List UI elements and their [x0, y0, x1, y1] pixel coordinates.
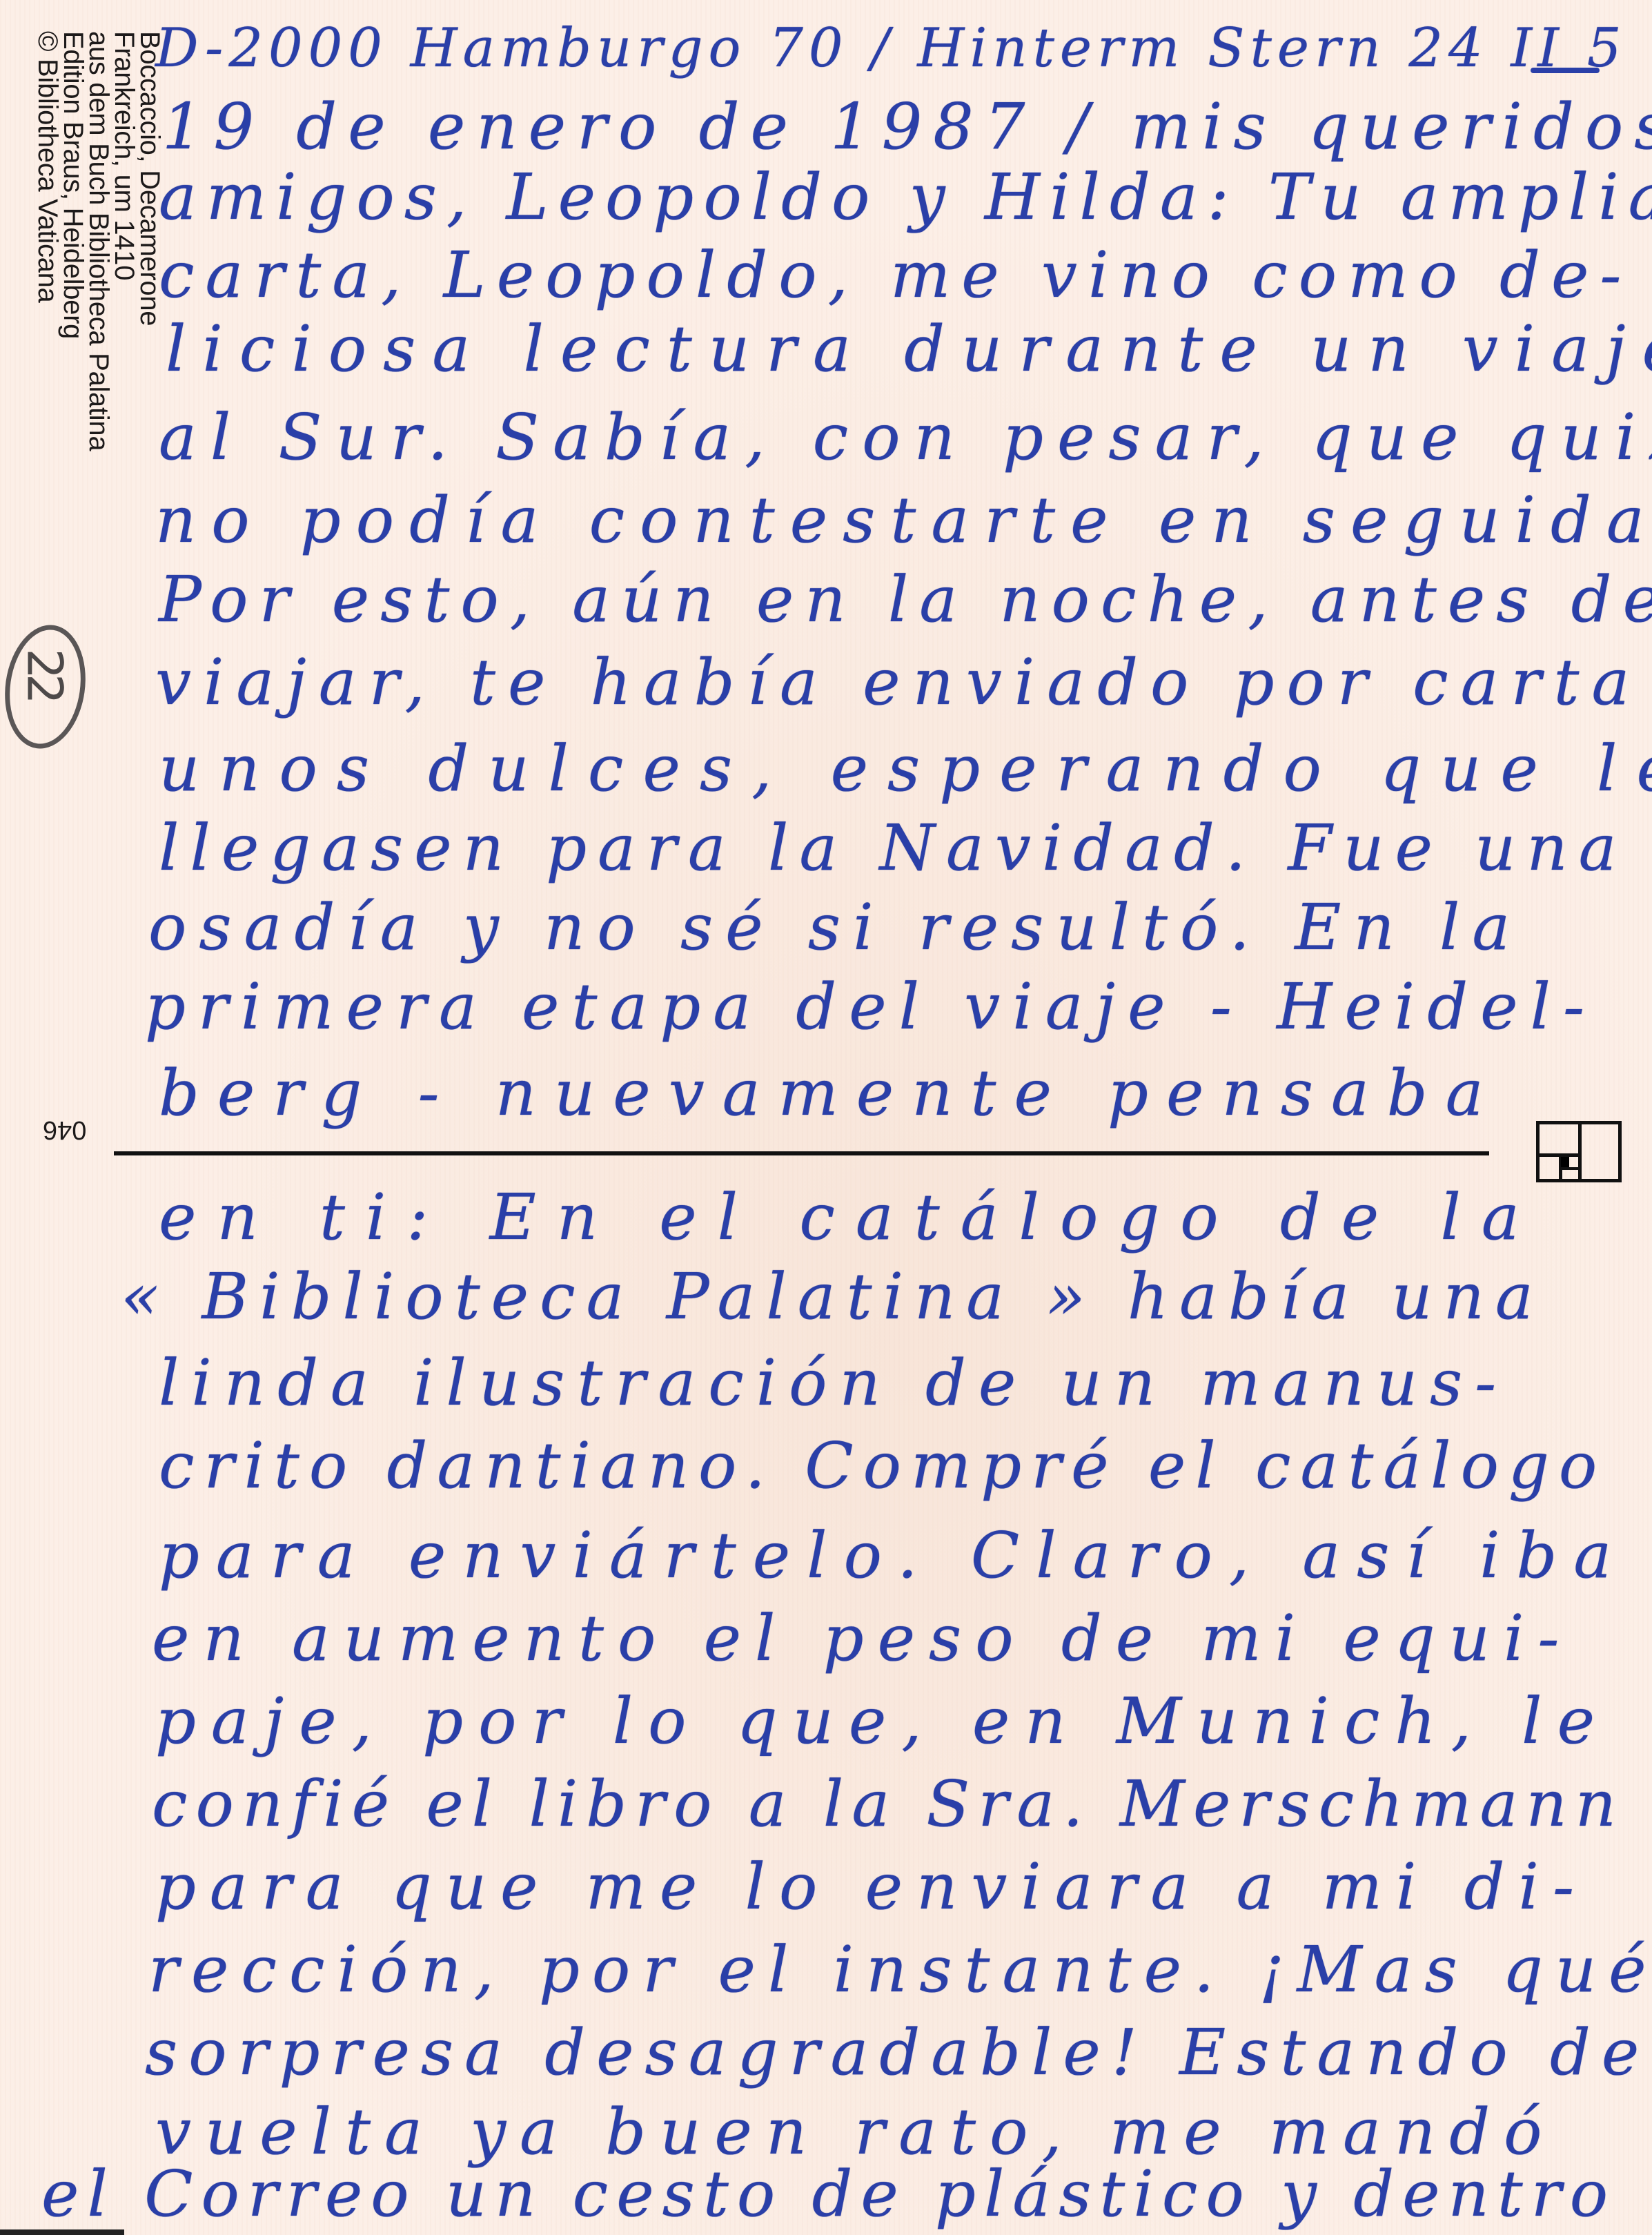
letter-line: liciosa lectura durante un viaje	[166, 312, 1652, 386]
caption-line-origin: Frankreich, um 1410	[111, 31, 137, 928]
letter-line: crito dantiano. Compré el catálogo	[159, 1429, 1606, 1503]
letter-line: para que me lo enviara a mi di-	[155, 1850, 1588, 1924]
pencil-number: 22	[17, 648, 73, 699]
date-underline	[1531, 68, 1600, 73]
letter-line: D-2000 Hamburgo 70 / Hinterm Stern 24 II…	[155, 17, 1626, 79]
letter-line: sorpresa desagradable! Estando de	[145, 2016, 1650, 2089]
letter-line: viajar, te había enviado por carta	[155, 645, 1642, 719]
card-code-number: 046	[43, 1115, 86, 1144]
letter-line: amigos, Leopoldo y Hilda: Tu amplia	[159, 160, 1652, 234]
caption-line-publisher: Edition Braus, Heidelberg	[60, 31, 86, 928]
postcard-back: Boccaccio, Decamerone Frankreich, um 141…	[0, 0, 1652, 2235]
caption-line-copyright: © Bibliotheca Vaticana	[35, 31, 60, 928]
publisher-logo-icon	[1536, 1121, 1622, 1182]
printed-caption: Boccaccio, Decamerone Frankreich, um 141…	[24, 31, 162, 928]
letter-line: para enviártelo. Claro, así iba	[159, 1519, 1628, 1592]
letter-line: linda ilustración de un manus-	[159, 1346, 1508, 1420]
letter-line: 19 de enero de 1987 / mis queridos	[162, 90, 1652, 164]
letter-line: al Sur. Sabía, con pesar, que quizá	[159, 400, 1652, 474]
letter-line: el Correo un cesto de plástico y dentro	[41, 2157, 1616, 2231]
letter-line: berg - nuevamente pensaba	[159, 1056, 1502, 1130]
letter-line: en ti: En el catálogo de la	[159, 1180, 1540, 1254]
letter-line: « Biblioteca Palatina » había una	[121, 1260, 1544, 1334]
letter-line: primera etapa del viaje - Heidel-	[145, 970, 1597, 1044]
letter-line: confié el libro a la Sra. Merschmann	[152, 1767, 1624, 1841]
letter-line: unos dulces, esperando que les	[159, 732, 1652, 806]
letter-line: carta, Leopoldo, me vino como de-	[159, 238, 1632, 312]
letter-line: llegasen para la Navidad. Fue una	[159, 811, 1628, 885]
letter-line: paje, por lo que, en Munich, le	[155, 1684, 1610, 1758]
letter-line: en aumento el peso de mi equi-	[152, 1601, 1573, 1675]
address-divider-line	[114, 1151, 1489, 1155]
letter-line: Por esto, aún en la noche, antes de	[159, 563, 1652, 636]
letter-line: rección, por el instante. ¡Mas qué	[148, 1933, 1652, 2007]
letter-line: no podía contestarte en seguida.	[155, 483, 1652, 557]
letter-line: osadía y no sé si resultó. En la	[148, 890, 1522, 964]
caption-line-source: aus dem Buch Bibliotheca Palatina	[86, 31, 111, 928]
card-edge-shadow	[0, 2229, 124, 2235]
